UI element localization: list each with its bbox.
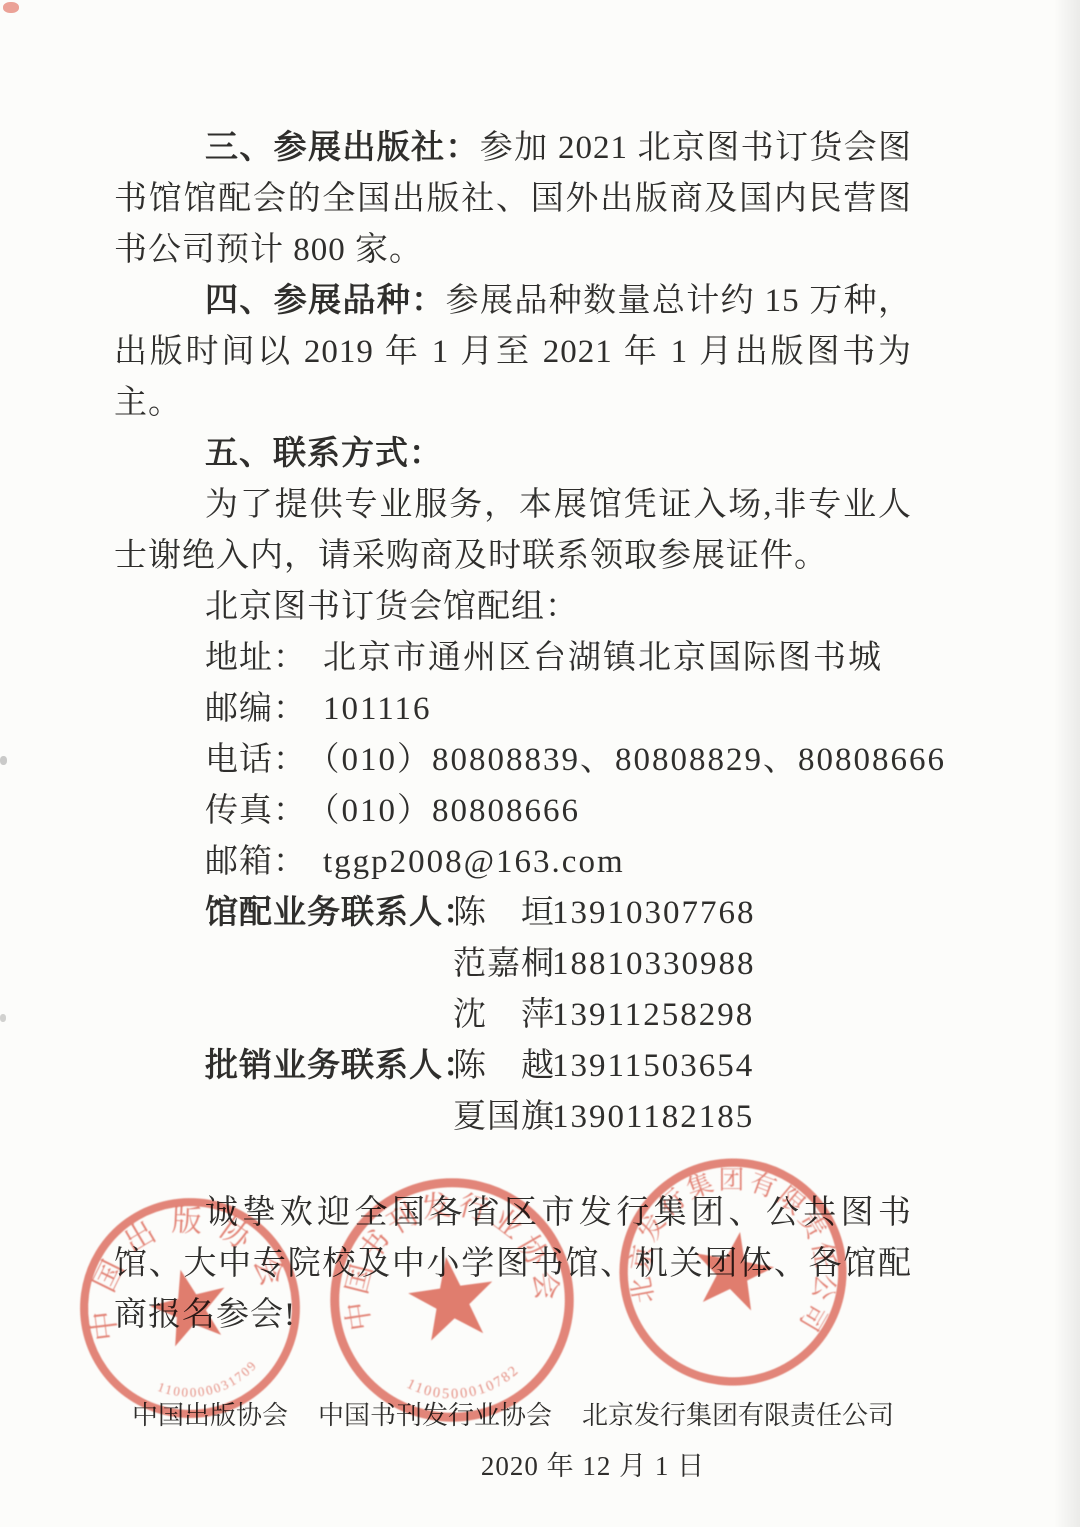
wholesale-contacts-label: 批销业务联系人： — [205, 1041, 477, 1092]
contact-phone: 13911258298 — [552, 990, 754, 1041]
seal-serial-text: 1100000031709 — [153, 1355, 265, 1410]
scan-edge-shadow — [1054, 0, 1080, 1527]
section-contact-heading: 五、联系方式： — [114, 429, 912, 480]
section-varieties-paragraph: 四、参展品种：参展品种数量总计约 15 万种，出版时间以 2019 年 1 月至… — [114, 276, 912, 429]
date-line: 2020 年 12 月 1 日 — [194, 1441, 992, 1492]
scan-artifact — [3, 2, 19, 13]
phone-line: 电话：（010）80808839、80808829、80808666 — [114, 735, 912, 786]
fax-value: （010）80808666 — [323, 793, 580, 829]
phone-value: （010）80808839、80808829、80808666 — [323, 742, 946, 778]
postcode-line: 邮编：101116 — [114, 684, 912, 735]
phone-label: 电话： — [205, 742, 307, 778]
seal-star-icon — [143, 1261, 235, 1350]
address-value: 北京市通州区台湖镇北京国际图书城 — [323, 640, 883, 676]
contact-row: 批销业务联系人： 陈 越 13911503654 — [114, 1041, 912, 1092]
section-varieties-label: 四、参展品种： — [205, 283, 446, 319]
date-text: 2020 年 12 月 1 日 — [481, 1451, 705, 1481]
contact-phone: 13911503654 — [552, 1041, 754, 1092]
fax-label: 传真： — [205, 793, 307, 829]
group-title-line: 北京图书订货会馆配组： — [114, 582, 912, 633]
contact-row: 沈 萍 13911258298 — [114, 990, 912, 1041]
postcode-value: 101116 — [323, 691, 432, 727]
contact-name: 沈 萍 — [453, 990, 555, 1041]
svg-text:1100000031709: 1100000031709 — [153, 1355, 265, 1410]
email-value: tggp2008@163.com — [323, 844, 625, 880]
section-contact-label: 五、联系方式： — [205, 436, 443, 472]
contact-name: 陈 越 — [453, 1041, 555, 1092]
scan-artifact — [0, 756, 7, 765]
scan-artifact — [0, 1014, 6, 1022]
contact-row: 馆配业务联系人： 陈 垣 13910307768 — [114, 888, 912, 939]
contact-phone: 13910307768 — [552, 888, 756, 939]
email-label: 邮箱： — [205, 844, 307, 880]
contact-name: 夏国旗 — [453, 1092, 555, 1143]
notice-paragraph: 为了提供专业服务，本展馆凭证入场,非专业人士谢绝入内，请采购商及时联系领取参展证… — [114, 480, 912, 582]
scanned-document-page: 三、参展出版社：参加 2021 北京图书订货会图书馆馆配会的全国出版社、国外出版… — [0, 0, 1080, 1527]
section-exhibitors-label: 三、参展出版社： — [205, 130, 480, 166]
postcode-label: 邮编： — [205, 691, 307, 727]
notice-text: 为了提供专业服务，本展馆凭证入场,非专业人士谢绝入内，请采购商及时联系领取参展证… — [114, 487, 912, 574]
email-line: 邮箱：tggp2008@163.com — [114, 837, 912, 888]
contact-name: 陈 垣 — [453, 888, 555, 939]
address-label: 地址： — [205, 640, 307, 676]
contact-row: 夏国旗 13901182185 — [114, 1092, 912, 1143]
official-seal-beijing-distribution-group: 北京发行集团有限责任公司 — [588, 1127, 878, 1417]
group-title-text: 北京图书订货会馆配组： — [205, 589, 579, 625]
seal-star-icon — [404, 1251, 499, 1343]
library-contacts-label: 馆配业务联系人： — [205, 888, 477, 939]
contact-name: 范嘉桐 — [453, 939, 555, 990]
address-line: 地址：北京市通州区台湖镇北京国际图书城 — [114, 633, 912, 684]
fax-line: 传真：（010）80808666 — [114, 786, 912, 837]
official-seal-distribution-association: 中国书刊发行业协会 1100500010782 — [301, 1149, 604, 1452]
seal-star-icon — [688, 1225, 779, 1313]
section-exhibitors-paragraph: 三、参展出版社：参加 2021 北京图书订货会图书馆馆配会的全国出版社、国外出版… — [114, 123, 912, 276]
contact-phone: 18810330988 — [552, 939, 756, 990]
contact-row: 范嘉桐 18810330988 — [114, 939, 912, 990]
